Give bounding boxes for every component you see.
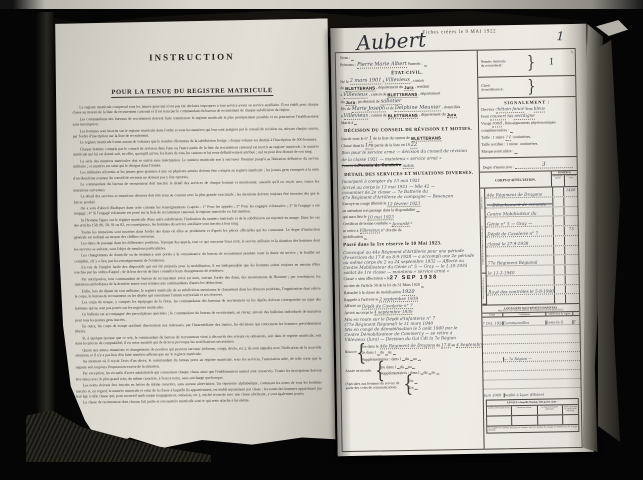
localites-row: Juin 1940 replié à Lyon (Rhône) [484, 387, 581, 398]
numero-cell [553, 236, 564, 245]
dotted-leader [436, 370, 438, 375]
degre-value: 3 [542, 161, 546, 168]
scanned-register-photo: INSTRUCTION POUR LA TENUE DU REGISTRE MA… [0, 0, 643, 480]
fiche-date-stamp: Fiches créées le 9 MAI 1922 [422, 29, 496, 35]
degre-label: Degré d'instruction : [483, 165, 514, 170]
dotted-leader [414, 378, 416, 383]
renseignements-label: , Renseignements physionomiques [503, 119, 556, 127]
a-label: à [340, 92, 342, 99]
label-line: de mobilisation : [481, 87, 527, 92]
taille-value: 71 [505, 135, 511, 140]
front-value: couvert [490, 113, 506, 118]
residence-field: Villevieux [343, 91, 368, 98]
prenoms-value-field: Pierre Marie Albert [357, 61, 407, 69]
domicile-value: Villevieux [344, 112, 369, 118]
rappele-value: 2 septembre 1939 [379, 296, 418, 302]
au-label: au [451, 342, 455, 348]
torn-page-edge-2 [598, 40, 620, 442]
subdivision-column-header: Subdivision de région [545, 312, 572, 315]
reserve-active-column: la réserve de l'armée active. [487, 406, 511, 415]
dotted-leader [416, 207, 418, 212]
speciales-group: (Spéciales aux hommes du service de gard… [345, 377, 479, 392]
territoriale-column: l'armée territoriale. [511, 406, 536, 415]
visage-value: rond [492, 120, 502, 125]
permis-value: autos [402, 163, 414, 168]
departement-stamp: Jura [346, 100, 356, 105]
dotted-leader [364, 234, 366, 239]
dotted-leader [410, 356, 412, 361]
epoque-row-empty [487, 415, 578, 426]
conge-date: 12 février 1923 [387, 200, 420, 206]
numero-cell [552, 197, 563, 206]
father-value: Marie Joseph [352, 105, 386, 112]
dotted-leader [423, 61, 425, 66]
canton-de-label: , canton de [369, 112, 387, 119]
margin-entry: 7 [573, 320, 575, 324]
domicilies-label: , domiciliés [442, 104, 461, 111]
marie-label: Marié à [341, 120, 353, 127]
numero-cell [552, 207, 563, 216]
dotted-leader [402, 356, 404, 361]
partie-value: 1re [365, 142, 374, 148]
corps-table-body: Armée active. Disponibilité et réserve d… [480, 187, 579, 305]
form-series-number: 8 [571, 50, 573, 54]
margin-column-header [572, 312, 579, 315]
date-entry: Juin 1940 [484, 393, 502, 397]
departement-label: , département [418, 91, 440, 98]
permis-line: Pourvu du Permis de Conduire autos [342, 161, 476, 170]
instruction-title: INSTRUCTION [53, 50, 331, 63]
canton-field: BLETTERANS [388, 113, 418, 120]
mother-value: Delphine Meunier [395, 104, 441, 111]
canton-stamp: BLETTERANS [411, 135, 441, 141]
birthplace-value: Villevieux [385, 77, 410, 83]
retire-value: Villevieux [359, 228, 380, 233]
instruction-header: INSTRUCTION POUR LA TENUE DU REGISTRE MA… [52, 18, 331, 99]
residant-label: , résidant [415, 84, 430, 91]
permis-stamp: Permis de Conduire [358, 162, 401, 169]
dotted-leader [351, 55, 353, 60]
numero-cell [553, 265, 564, 274]
numeros-sub2: matricule au corps [564, 175, 577, 186]
dotted-leader [385, 350, 387, 355]
date-envoi-column: DATE de l'envoi du certificat de libérat… [562, 405, 578, 414]
dotted-leader [397, 364, 399, 369]
arrive-field: 4 septembre 1939 [374, 309, 413, 316]
du-label: du [436, 343, 440, 349]
dotted-leader [420, 370, 422, 375]
row-label: Supplémentaires : dans l [380, 370, 419, 377]
localites-table: LOCALITÉS SUCCESSIVES HABITÉES PAR SUITE… [482, 303, 581, 398]
armee-active-label: Armée active. [480, 189, 485, 217]
mobilisation-label: mobilisation [343, 234, 363, 241]
territoriale-row-2: Supplémentaires : dans l du au [380, 369, 479, 377]
matricule-number-box: 8 Numéro matricule du recrutement : } 1 [478, 49, 575, 78]
book-spine-edge [36, 12, 54, 457]
epoque-table: ÉPOQUE à laquelle l'homme doit passer da… [486, 398, 580, 433]
numero-cell [554, 285, 565, 294]
territoriale-label: Armée territoriale. [345, 369, 375, 374]
numero-entry: 73 [569, 226, 574, 231]
curly-brace: } [527, 53, 536, 73]
du-label: du [423, 370, 427, 376]
classe-mobilisation-label: Classe de mobilisation : [481, 83, 527, 92]
date-field: 4 Septembre 1928 [456, 342, 484, 349]
departement-label: , département du [376, 84, 403, 91]
dotted-leader [405, 364, 407, 369]
matricule-number-value: 1 [549, 57, 556, 68]
form-left-column: Nom : Prénoms : Pierre Marie Albert Surn… [336, 51, 485, 451]
arrive-label: Arrivé au corps le [344, 309, 373, 316]
profession-value: sabotier [381, 98, 402, 104]
dotted-leader [392, 350, 394, 355]
matricule-form: Nom : Prénoms : Pierre Marie Albert Surn… [335, 48, 583, 452]
corps-affectation-table: CORPS D'AFFECTATION. NUMÉROS au contrôle… [480, 170, 579, 305]
domicile-field: Villevieux [344, 112, 369, 119]
numeros-sub1: au contrôle spécial [552, 175, 564, 186]
canton-stamp: BLETTERANS [388, 113, 418, 119]
canton-stamp: BLETTERANS [387, 92, 417, 98]
reserve-territoriale-column: la réserve de l'armée territoriale. [537, 405, 562, 414]
instruction-body: Le registre matricule comprend tous les … [72, 102, 322, 406]
subdivision-entry: Lons-le-S. [546, 320, 564, 324]
et-de-label: et de [386, 105, 394, 112]
numero-cell [553, 216, 564, 225]
departement-field: Jura [447, 112, 457, 118]
father-field: Marie Joseph [352, 105, 386, 113]
folio-number: 1 [557, 29, 565, 43]
date-entry: 7 Oct. 1920 [482, 321, 502, 325]
territoriale-reserve-label: Armée territoriale et sa réserve. [482, 274, 487, 305]
dotted-leader [514, 149, 516, 154]
services-handwritten-block: Incorporé à compter du 13 mai 1921 Arriv… [342, 177, 476, 200]
date-field: 17-8 [441, 343, 451, 349]
classe-mobilisation-box: Classe de mobilisation : } [478, 76, 575, 99]
date-value: 4 Septembre 1928 [456, 342, 484, 348]
ordre-label: n° d'ordre de [381, 227, 402, 234]
permis-field: autos [402, 163, 414, 169]
dotted-leader [428, 370, 430, 375]
matricule-number-label: Numéro matricule du recrutement : [481, 59, 527, 68]
du-label: du [341, 99, 345, 106]
yeux-value: bleus [534, 106, 545, 111]
centimetres-label: centimètres. [520, 141, 539, 148]
nom-label: Nom : [340, 55, 350, 62]
classe-mob-field: 1920 [402, 288, 415, 295]
affecte-value: Dépôt de Cavalerie n° 7 [362, 303, 413, 309]
arrive-value: 4 septembre 1939 [374, 309, 413, 315]
dotted-leader [412, 364, 414, 369]
numero-cell [553, 255, 564, 264]
quote-close: » [410, 220, 412, 227]
numero-cell [553, 226, 564, 235]
convocation-handwritten-block: Convoqué au 44e Régiment d'Artillerie po… [343, 248, 477, 275]
curly-brace: } [527, 77, 536, 97]
du-label: du [405, 356, 409, 362]
numero-cell [552, 187, 563, 196]
dotted-leader [418, 356, 420, 361]
cheveux-value: châtain foncé [495, 106, 524, 111]
residence-value: Villevieux [343, 91, 368, 97]
corps-title: CORPS D'AFFECTATION. [480, 171, 551, 187]
corps-table-header: CORPS D'AFFECTATION. NUMÉROS au contrôle… [480, 171, 577, 189]
dotted-leader [421, 282, 423, 287]
au-label: au [431, 370, 435, 376]
date-value: 10 mai 1923 [367, 214, 394, 219]
canton-stamp: BLETTERANS [345, 85, 375, 91]
list-number-value: 1 [369, 136, 372, 142]
commune-entry: Commenailles [503, 321, 529, 325]
instruction-paragraph: Les noms doivent être inscrits en lettre… [76, 381, 322, 400]
departement-stamp: Jura [404, 85, 414, 90]
marque-label: Marque particulière : [481, 148, 513, 156]
reserve-label: Réserve . . . [345, 349, 357, 357]
corps-value: 44e Régiment de Dragons [380, 343, 435, 349]
classe-mob-value: 1920 [402, 288, 415, 294]
date-value: 17-8 [441, 343, 451, 348]
numero-entry: 1446 [566, 187, 576, 192]
reserve-group: Réserve . . . { 1re dans le 44e Régiment… [345, 342, 479, 363]
surnom-label: Surnom : [408, 61, 423, 68]
marque-line: Marque particulière : [481, 147, 574, 156]
commune-entry: replié à Lyon (Rhône) [505, 393, 544, 398]
departement-stamp: Jura [447, 112, 457, 117]
form-right-column: 8 Numéro matricule du recrutement : } 1 … [478, 49, 582, 449]
prenoms-label: Prénoms : [340, 62, 356, 69]
left-page-instruction: INSTRUCTION POUR LA TENUE DU REGISTRE MA… [52, 18, 335, 455]
torn-edge-sliver [596, 20, 628, 36]
rappele-field: 2 septembre 1939 [379, 296, 418, 303]
numeros-header: NUMÉROS au contrôle spécial matricule au… [551, 171, 577, 186]
dotted-leader [414, 385, 416, 390]
localites-row: 7 Oct. 1920 Commenailles Lons-le-S. 7 [482, 316, 579, 326]
dotted-leader [377, 350, 379, 355]
signalement-section: SIGNALEMENT : Cheveux châtain foncé Yeux… [479, 97, 577, 158]
prenoms-value: Pierre Marie Albert [357, 61, 407, 68]
curly-brace: { [375, 366, 380, 376]
dotted-leader [354, 120, 356, 125]
right-page-matricule-sheet: Fiches créées le 9 MAI 1922 Aubert 1 Nom… [330, 24, 593, 456]
certificat-value: Accordé [392, 220, 409, 225]
degre-field: 3 [515, 161, 573, 169]
birthdate-value: 2 mars 1901 [350, 78, 382, 85]
label-line: du recrutement : [481, 63, 527, 68]
instruction-subtitle: POUR LA TENUE DU REGISTRE MATRICULE [111, 87, 273, 98]
curly-brace: { [403, 380, 408, 390]
pourvu-label: Pourvu du [342, 163, 359, 170]
au-label: au [413, 355, 417, 361]
photo-top-strip [0, 0, 643, 9]
departement-label: , département du [419, 111, 446, 118]
corps-rows: 44e Régiment de Dragons1446 — Détachemen… [486, 187, 580, 305]
departement-field: Jura [404, 85, 414, 91]
yeux-field: bleus [534, 106, 545, 113]
annee-value: 22 [411, 142, 417, 148]
dotted-leader [510, 128, 512, 133]
prenoms-line: Prénoms : Pierre Marie Albert Surnom : [340, 59, 474, 68]
commune-entry: — 7e Région — [504, 357, 532, 361]
speciales-row-2: Un [409, 383, 480, 390]
nez-value: rectiligne [514, 113, 534, 118]
curly-brace: { [356, 348, 361, 358]
dates-column-header: Dates [482, 313, 502, 316]
